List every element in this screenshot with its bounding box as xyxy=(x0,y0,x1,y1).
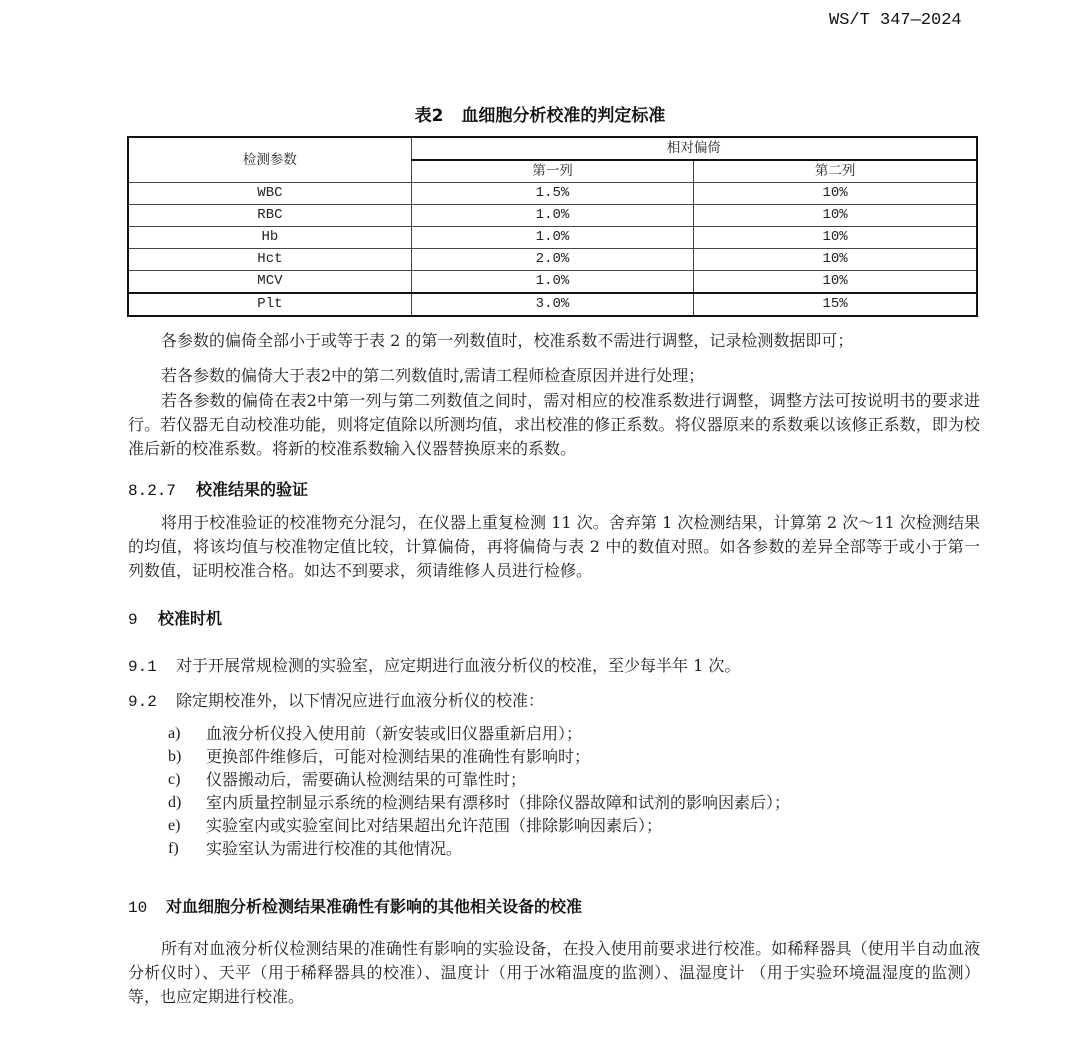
clause-number: 9.1 xyxy=(128,658,176,676)
list-text: 仪器搬动后，需要确认检测结果的可靠性时； xyxy=(206,768,526,791)
list-text: 室内质量控制显示系统的检测结果有漂移时（排除仪器故障和试剂的影响因素后）； xyxy=(206,791,790,814)
section-title: 对血细胞分析检测结果准确性有影响的其他相关设备的校准 xyxy=(166,897,582,916)
cell-col2: 10% xyxy=(694,271,977,294)
cell-col2: 10% xyxy=(694,205,977,227)
cell-param: Hb xyxy=(128,227,411,249)
calibration-conditions-list: a)血液分析仪投入使用前（新安装或旧仪器重新启用）； b)更换部件维修后，可能对… xyxy=(168,722,790,860)
cell-col1: 2.0% xyxy=(411,249,693,271)
table-row: RBC 1.0% 10% xyxy=(128,205,977,227)
table-number: 表2 xyxy=(415,106,444,126)
section-number: 9 xyxy=(128,611,158,629)
list-marker: b) xyxy=(168,745,206,768)
table-row: Hct 2.0% 10% xyxy=(128,249,977,271)
header-col1: 第一列 xyxy=(411,160,693,183)
clause-number: 9.2 xyxy=(128,693,176,711)
cell-col2: 10% xyxy=(694,183,977,205)
cell-col2: 15% xyxy=(694,293,977,316)
cell-col1: 1.0% xyxy=(411,271,693,294)
cell-param: MCV xyxy=(128,271,411,294)
list-item: f)实验室认为需进行校准的其他情况。 xyxy=(168,837,790,860)
list-marker: f) xyxy=(168,837,206,860)
table-caption: 表2血细胞分析校准的判定标准 xyxy=(0,101,1080,126)
table-row: WBC 1.5% 10% xyxy=(128,183,977,205)
list-text: 血液分析仪投入使用前（新安装或旧仪器重新启用）； xyxy=(206,722,582,745)
cell-col1: 1.0% xyxy=(411,205,693,227)
cell-param: RBC xyxy=(128,205,411,227)
standard-code: WS/T 347—2024 xyxy=(829,11,962,30)
list-marker: e) xyxy=(168,814,206,837)
table-header-row: 检测参数 相对偏倚 xyxy=(128,137,977,160)
list-text: 实验室内或实验室间比对结果超出允许范围（排除影响因素后）； xyxy=(206,814,662,837)
table-row: Plt 3.0% 15% xyxy=(128,293,977,316)
paragraph-other-equipment: 所有对血液分析仪检测结果的准确性有影响的实验设备，在投入使用前要求进行校准。如稀… xyxy=(128,937,980,1009)
paragraph-no-adjust: 各参数的偏倚全部小于或等于表 2 的第一列数值时，校准系数不需进行调整，记录检测… xyxy=(128,329,980,353)
clause-9-1: 9.1对于开展常规检测的实验室，应定期进行血液分析仪的校准，至少每半年 1 次。 xyxy=(128,653,740,676)
section-title: 校准结果的验证 xyxy=(196,480,308,499)
header-relative-bias: 相对偏倚 xyxy=(411,137,977,160)
section-number: 8.2.7 xyxy=(128,482,196,500)
cell-col1: 3.0% xyxy=(411,293,693,316)
paragraph-adjust-method: 若各参数的偏倚在表2中第一列与第二列数值之间时，需对相应的校准系数进行调整，调整… xyxy=(128,389,980,461)
cell-col2: 10% xyxy=(694,227,977,249)
cell-param: Plt xyxy=(128,293,411,316)
list-text: 更换部件维修后，可能对检测结果的准确性有影响时； xyxy=(206,745,590,768)
section-number: 10 xyxy=(128,899,166,917)
header-param: 检测参数 xyxy=(128,137,411,183)
header-col2: 第二列 xyxy=(694,160,977,183)
table-row: MCV 1.0% 10% xyxy=(128,271,977,294)
list-text: 实验室认为需进行校准的其他情况。 xyxy=(206,837,462,860)
list-marker: a) xyxy=(168,722,206,745)
cell-param: Hct xyxy=(128,249,411,271)
table-title: 血细胞分析校准的判定标准 xyxy=(461,106,665,126)
clause-text: 除定期校准外，以下情况应进行血液分析仪的校准： xyxy=(176,691,544,710)
list-marker: d) xyxy=(168,791,206,814)
list-item: b)更换部件维修后，可能对检测结果的准确性有影响时； xyxy=(168,745,790,768)
section-title: 校准时机 xyxy=(158,609,222,628)
clause-9-2: 9.2除定期校准外，以下情况应进行血液分析仪的校准： xyxy=(128,688,544,711)
table-row: Hb 1.0% 10% xyxy=(128,227,977,249)
list-item: e)实验室内或实验室间比对结果超出允许范围（排除影响因素后）； xyxy=(168,814,790,837)
section-heading-9: 9校准时机 xyxy=(128,606,222,629)
list-item: a)血液分析仪投入使用前（新安装或旧仪器重新启用）； xyxy=(168,722,790,745)
list-item: c)仪器搬动后，需要确认检测结果的可靠性时； xyxy=(168,768,790,791)
section-heading-10: 10对血细胞分析检测结果准确性有影响的其他相关设备的校准 xyxy=(128,894,582,917)
cell-col2: 10% xyxy=(694,249,977,271)
cell-param: WBC xyxy=(128,183,411,205)
list-marker: c) xyxy=(168,768,206,791)
paragraph-verification: 将用于校准验证的校准物充分混匀，在仪器上重复检测 11 次。舍弃第 1 次检测结… xyxy=(128,511,980,583)
paragraph-engineer-check: 若各参数的偏倚大于表2中的第二列数值时,需请工程师检查原因并进行处理； xyxy=(128,364,980,388)
list-item: d)室内质量控制显示系统的检测结果有漂移时（排除仪器故障和试剂的影响因素后）； xyxy=(168,791,790,814)
cell-col1: 1.5% xyxy=(411,183,693,205)
calibration-criteria-table: 检测参数 相对偏倚 第一列 第二列 WBC 1.5% 10% RBC 1.0% … xyxy=(127,136,978,317)
section-heading-8-2-7: 8.2.7校准结果的验证 xyxy=(128,477,308,500)
clause-text: 对于开展常规检测的实验室，应定期进行血液分析仪的校准，至少每半年 1 次。 xyxy=(176,656,740,675)
cell-col1: 1.0% xyxy=(411,227,693,249)
